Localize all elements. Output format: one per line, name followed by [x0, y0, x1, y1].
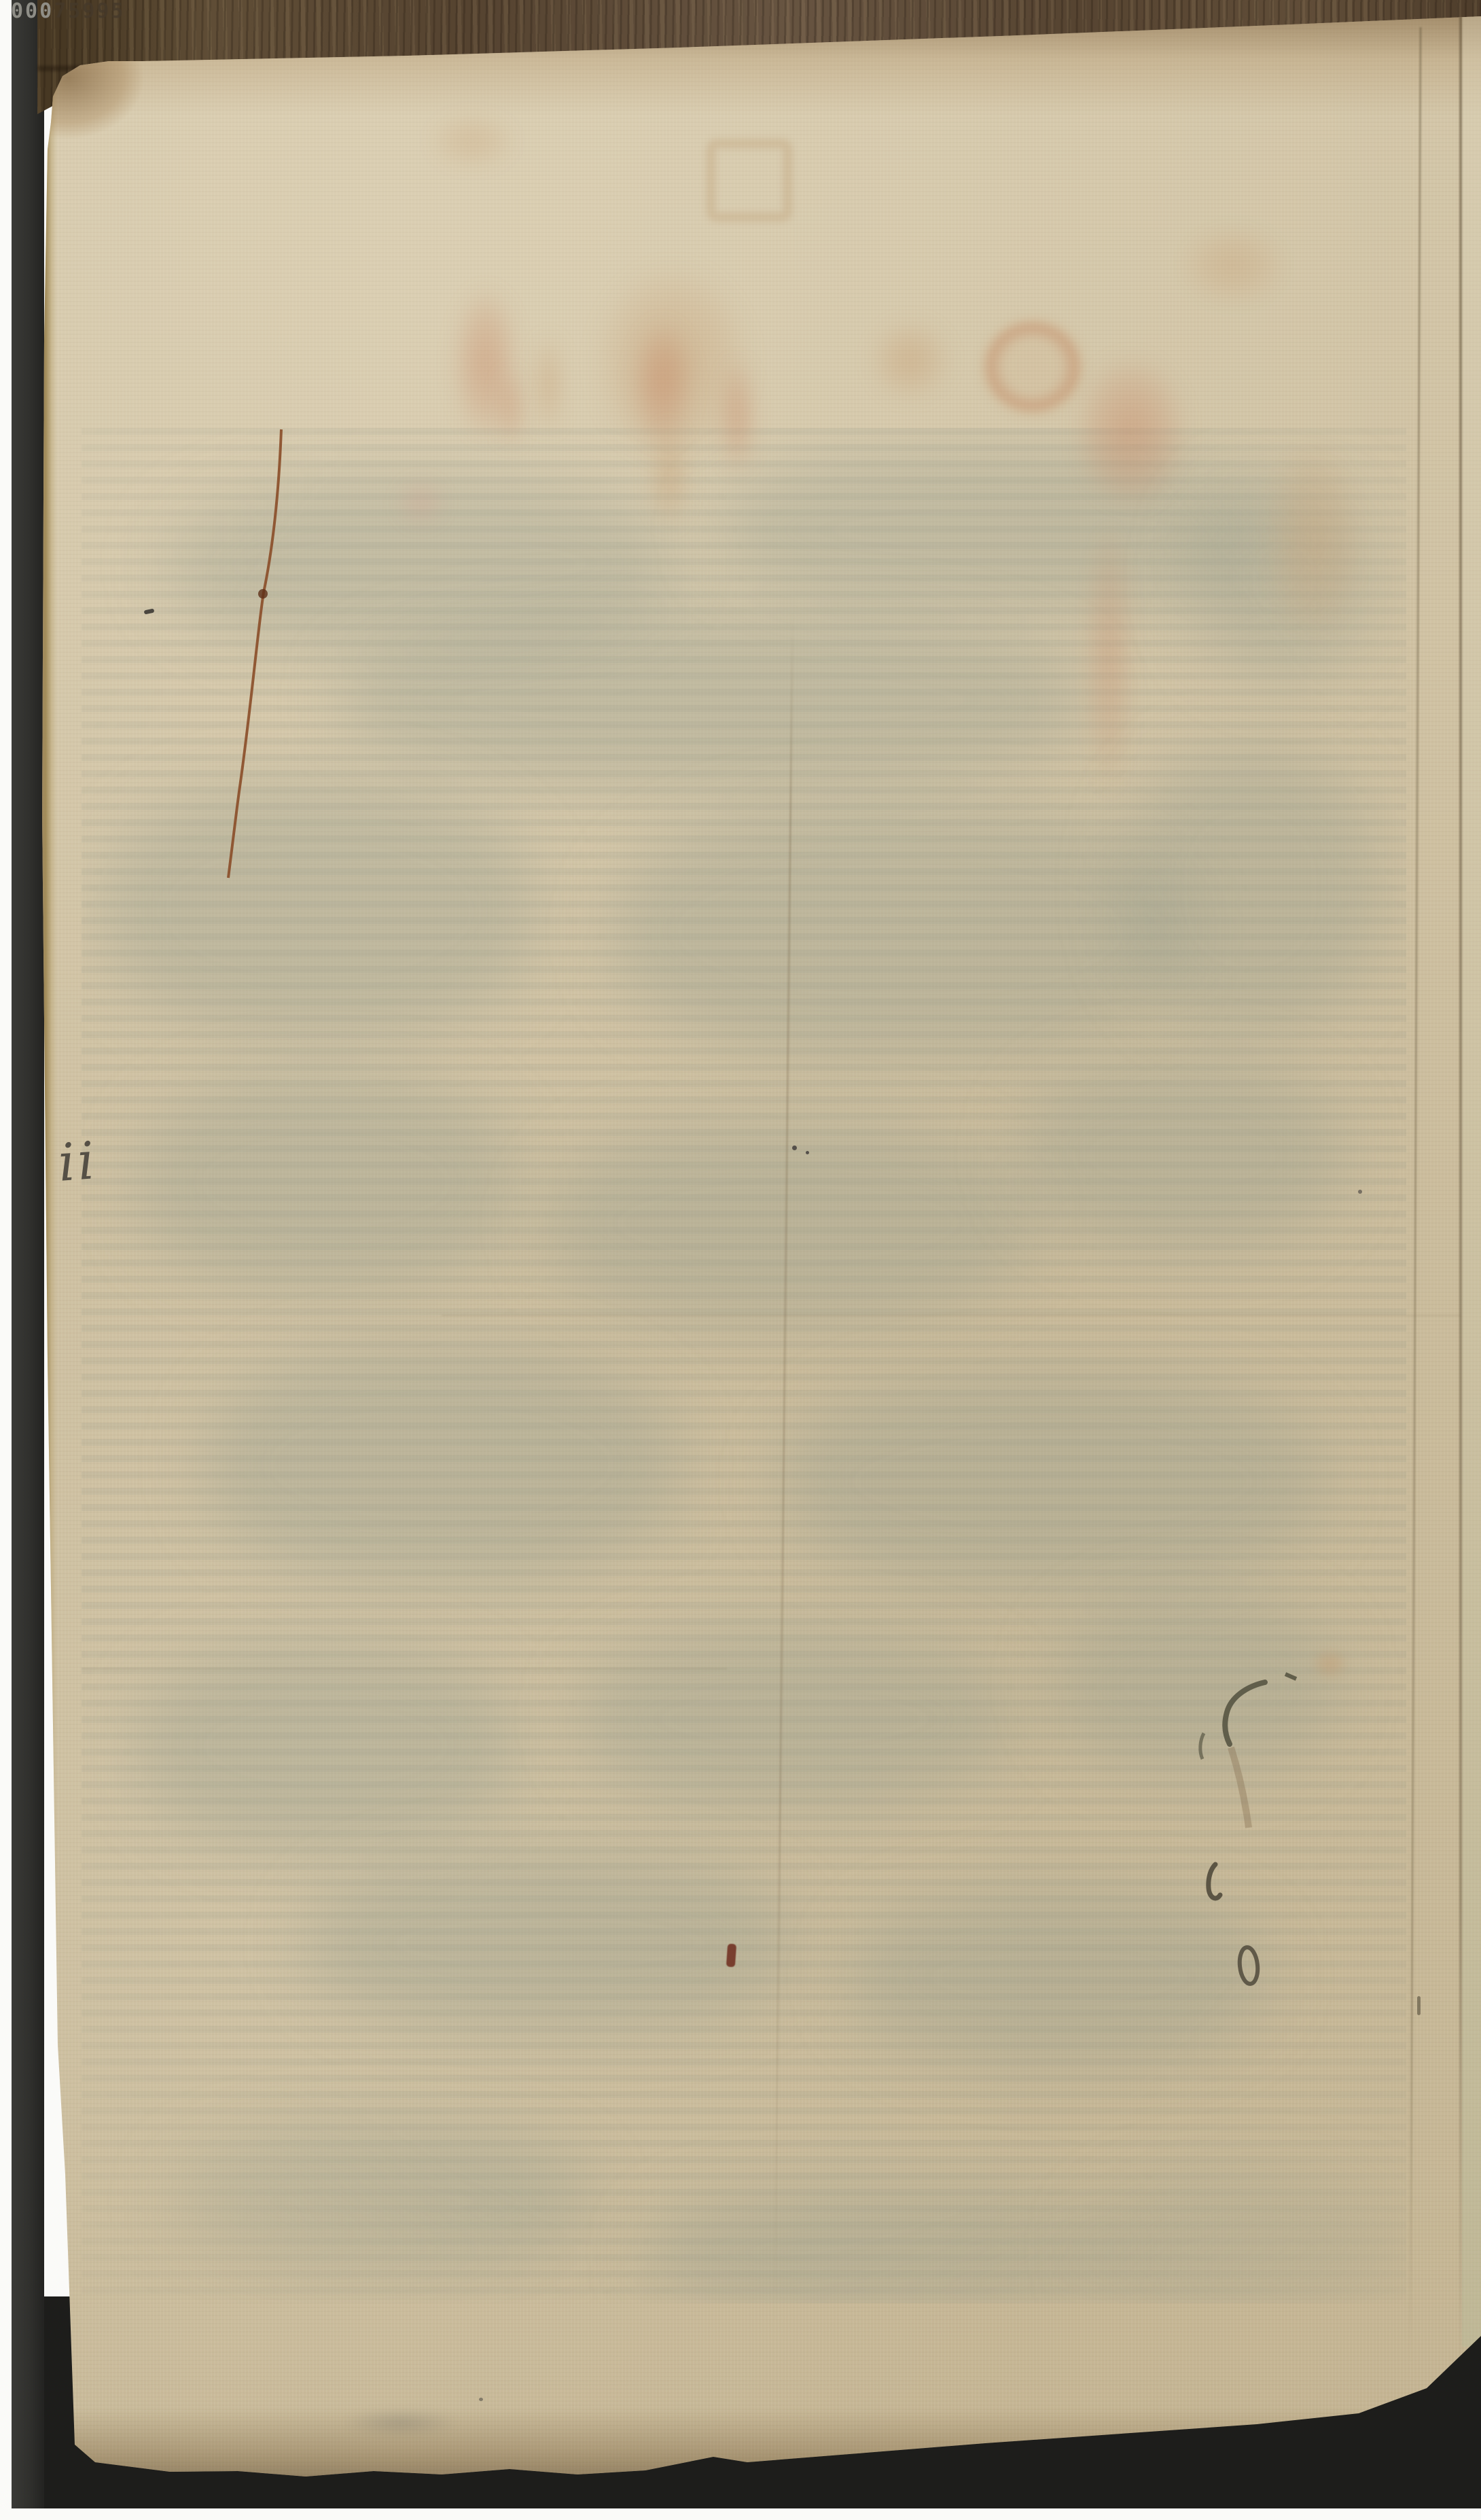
stain — [533, 333, 564, 435]
showthrough-blob — [781, 1372, 1325, 1590]
showthrough-blob — [849, 1889, 1270, 2065]
stain — [1073, 353, 1189, 510]
showthrough-blob — [645, 2188, 1121, 2317]
crease-horizontal — [82, 1668, 727, 1669]
speck — [479, 2398, 483, 2401]
showthrough-blob — [577, 1631, 1012, 1807]
scanner-bed-left-margin — [0, 0, 12, 2520]
speck — [1358, 1190, 1362, 1194]
stain — [1311, 1648, 1349, 1680]
stain — [707, 139, 792, 221]
stain — [1264, 435, 1366, 645]
frame-number-watermark: 00075995 — [11, 1, 126, 22]
crease-right-outer — [1459, 14, 1462, 2371]
showthrough-blob — [170, 2127, 591, 2276]
ink-dot — [806, 1151, 809, 1154]
showthrough-blob — [306, 1855, 795, 2031]
scanner-bed-bottom-margin — [0, 2508, 1481, 2520]
verso-showthrough — [82, 428, 1406, 2303]
next-page-edge-strip — [1462, 16, 1481, 2347]
crease-dark-fleck — [1417, 1996, 1421, 2015]
showthrough-blob — [1053, 1597, 1338, 1773]
frame-number-prefix: 000 — [11, 0, 54, 23]
crease-horizontal — [442, 1315, 1461, 1316]
showthrough-blob — [1121, 747, 1379, 1033]
stain — [1179, 224, 1287, 306]
showthrough-blob — [102, 781, 537, 1040]
stain — [1086, 516, 1133, 802]
stain — [499, 367, 523, 448]
showthrough-blob — [204, 1345, 679, 1583]
stain — [870, 319, 951, 401]
scanner-backing-strip — [12, 0, 44, 2511]
showthrough-blob — [340, 611, 1087, 788]
stain — [649, 421, 690, 530]
showthrough-blob — [136, 1073, 516, 1291]
book-page: ii — [0, 0, 1481, 2520]
folio-mark: ii — [56, 1135, 99, 1189]
showthrough-blob — [543, 1121, 1033, 1325]
frame-number-suffix: 75995 — [54, 0, 125, 23]
stain — [720, 357, 755, 476]
showthrough-blob — [1087, 2174, 1399, 2324]
stain — [428, 112, 516, 170]
showthrough-blob — [611, 802, 1189, 1060]
scanned-book-page-image: ii 00075995 — [0, 0, 1481, 2520]
ink-dot — [792, 1146, 797, 1150]
showthrough-blob — [1019, 1060, 1345, 1250]
page-corner-shading — [41, 58, 190, 194]
red-ink-dash — [726, 1944, 736, 1968]
stain — [397, 479, 445, 527]
showthrough-blob — [136, 1644, 516, 1848]
